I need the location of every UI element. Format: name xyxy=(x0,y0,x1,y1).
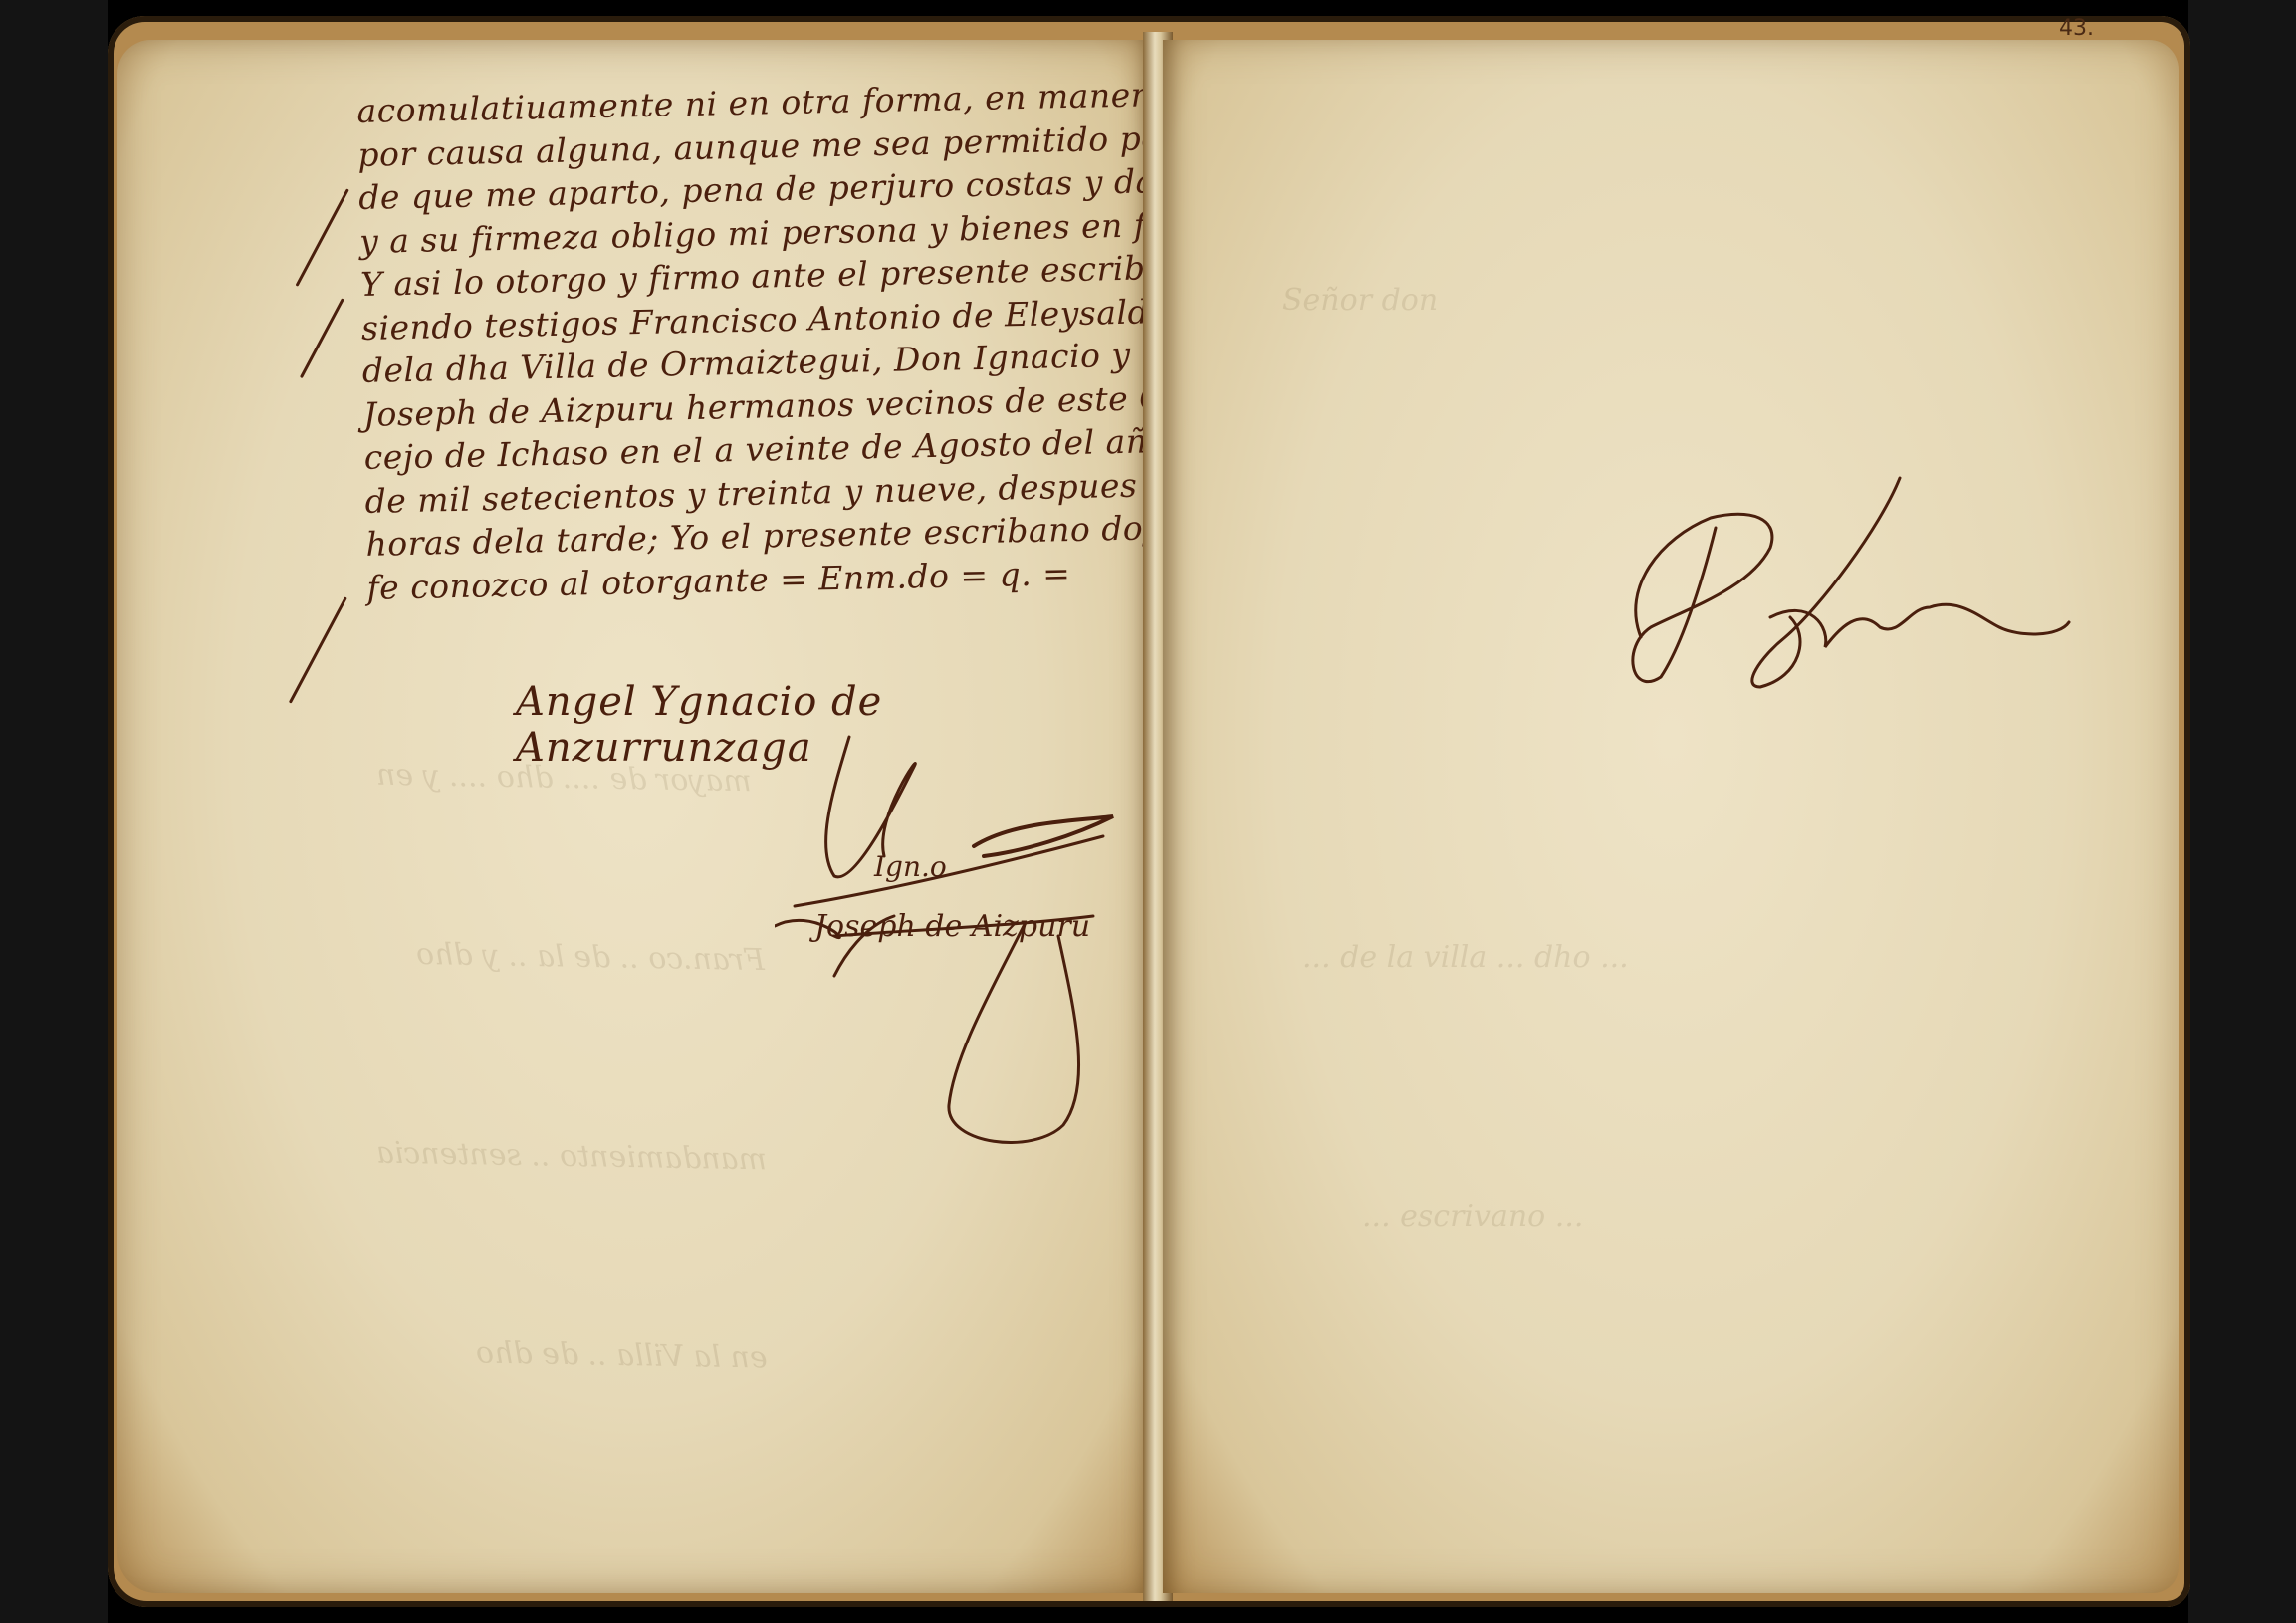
margin-flourish xyxy=(296,188,349,287)
margin-flourish xyxy=(289,596,347,703)
folio-number: 43. xyxy=(2059,16,2094,41)
left-page: mayor de .... dho .... y en Fran.co .. d… xyxy=(117,40,1153,1593)
notary-signature-plaza: Plaza xyxy=(1601,448,2119,707)
left-letterbox xyxy=(0,0,108,1623)
ink-bleedthrough: mandamiento .. sentencia xyxy=(376,1132,768,1183)
margin-flourish xyxy=(300,298,344,378)
ink-bleedthrough: Señor don xyxy=(1282,279,1438,323)
right-letterbox xyxy=(2188,0,2296,1623)
ink-bleedthrough: Fran.co .. de la .. y dho xyxy=(416,933,766,983)
book-spread: mayor de .... dho .... y en Fran.co .. d… xyxy=(108,16,2190,1607)
ink-bleedthrough: en la Villa .. de dho xyxy=(476,1331,768,1380)
notary-signature-text: Plaza xyxy=(1750,696,1753,698)
witness-signatures-rubric: Ign.o Joseph de Aizpuru xyxy=(775,727,1153,1155)
right-page: Señor don ... de la villa ... dho ... ..… xyxy=(1163,40,2179,1593)
manuscript-text: acomulatiuamente ni en otra forma, en ma… xyxy=(356,73,1164,609)
witness-signature-aizpuru: Joseph de Aizpuru xyxy=(808,909,1090,944)
ink-bleedthrough: ... de la villa ... dho ... xyxy=(1302,936,1629,980)
witness-signature-ignacio: Ign.o xyxy=(873,850,947,883)
scan-viewer: mayor de .... dho .... y en Fran.co .. d… xyxy=(0,0,2296,1623)
ink-bleedthrough: ... escrivano ... xyxy=(1362,1195,1583,1239)
